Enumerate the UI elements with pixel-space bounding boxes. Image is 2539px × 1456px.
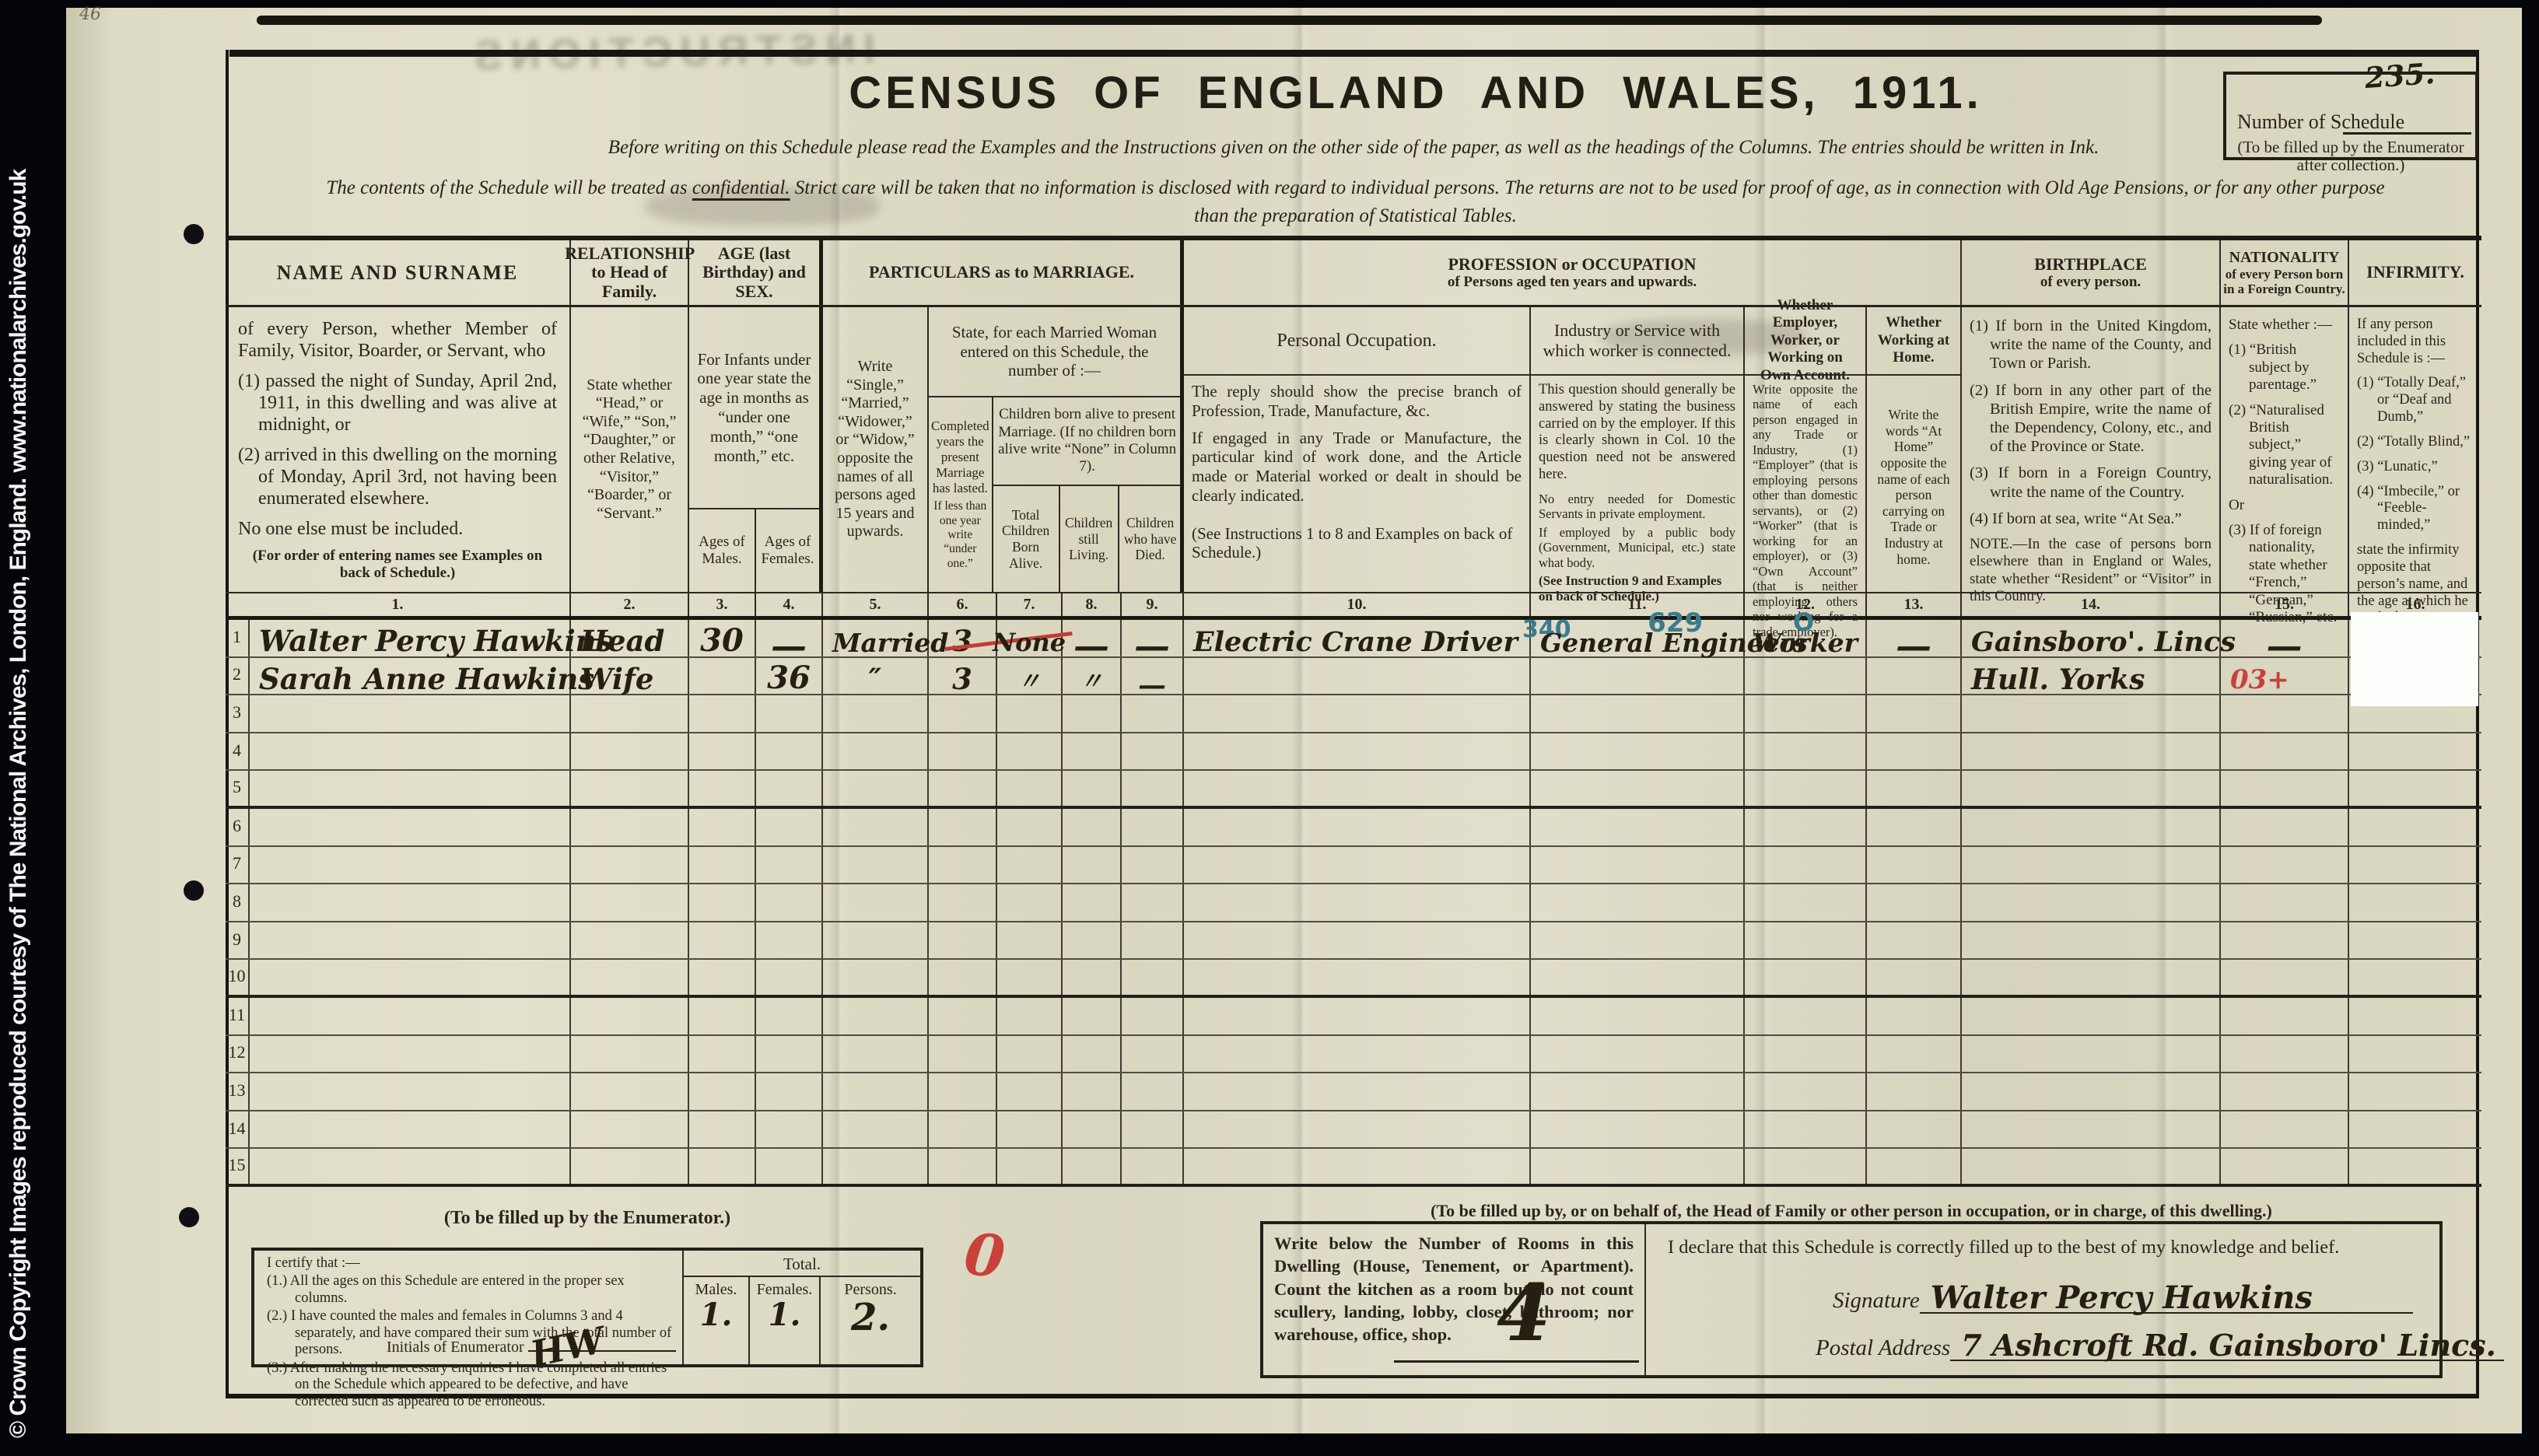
entry-occupation	[1184, 658, 1531, 695]
years-married-label: Completed years the present Marriage has…	[929, 397, 993, 592]
signature-label: Signature	[1833, 1288, 1920, 1314]
entry-years-married: 3	[952, 667, 972, 691]
schedule-number-label: Number of Schedule	[2237, 110, 2404, 134]
confidential-word: confidential.	[692, 177, 790, 198]
table-row: 13	[226, 1073, 2481, 1111]
name-desc-noone: No one else must be included.	[238, 518, 557, 540]
infirmity-i1: (1) “Totally Deaf,” or “Deaf and Dumb,”	[2357, 375, 2474, 425]
industry-title: Industry or Service with which worker is…	[1531, 307, 1743, 376]
entry-children-died: —	[1134, 638, 1170, 654]
table-row: 1 Walter Percy Hawkins Head 30 — Married…	[226, 620, 2481, 658]
enumerator-heading: (To be filled up by the Enumerator.)	[251, 1208, 923, 1229]
col-num-8: 8.	[1063, 593, 1122, 616]
col-married-woman-group: State, for each Married Woman entered on…	[929, 307, 1184, 592]
at-home-title: Whether Working at Home.	[1867, 307, 1960, 376]
group-age: AGE (last Birthday) and SEX.	[689, 240, 823, 305]
row-number: 3	[226, 695, 250, 732]
col-num-7: 7.	[997, 593, 1063, 616]
col-num-13: 13.	[1867, 593, 1962, 616]
name-desc-intro: of every Person, whether Member of Famil…	[238, 318, 557, 362]
col-num-4: 4.	[756, 593, 823, 616]
children-living-label: Children still Living.	[1059, 486, 1118, 592]
occupation-p2: If engaged in any Trade or Manufacture, …	[1192, 429, 1522, 506]
row-number: 1	[226, 620, 250, 656]
table-row: 9	[226, 922, 2481, 961]
employment-title: Whether Employer, Worker, or Working on …	[1745, 307, 1865, 376]
col-num-3: 3.	[689, 593, 756, 616]
hole-punch	[184, 880, 204, 901]
row-number: 5	[226, 771, 250, 806]
table-row: 12	[226, 1036, 2481, 1074]
column-number-strip: 1. 2. 3. 4. 5. 6. 7. 8. 9. 10. 11. 12. 1…	[226, 593, 2481, 620]
married-woman-note: State, for each Married Woman entered on…	[929, 307, 1180, 397]
col-age-desc: For Infants under one year state the age…	[689, 307, 823, 592]
entry-industry	[1531, 658, 1745, 695]
name-desc-note: (For order of entering names see Example…	[238, 548, 557, 583]
entry-age-female: 36	[767, 665, 811, 691]
col-num-5: 5.	[823, 593, 929, 616]
row-number: 7	[226, 847, 250, 884]
rooms-text: Write below the Number of Rooms in this …	[1274, 1234, 1634, 1344]
entry-name: Walter Percy Hawkins	[259, 629, 612, 653]
entry-marriage: ″	[869, 667, 882, 691]
entry-children-living: 〃	[1080, 672, 1103, 692]
postal-address-value: 7 Ashcroft Rd. Gainsboro' Lincs.	[1961, 1328, 2496, 1363]
nationality-or: Or	[2229, 497, 2340, 514]
certify-item3: (3.) After making the necessary enquirie…	[267, 1360, 674, 1410]
col-nationality-desc: State whether :— (1) “British subject by…	[2221, 307, 2349, 592]
certify-intro: I certify that :—	[267, 1255, 674, 1272]
entry-at-home: —	[1896, 638, 1931, 654]
table-row: 11	[226, 998, 2481, 1036]
entry-nationality: —	[2267, 638, 2303, 654]
row-number: 11	[226, 998, 250, 1034]
signature-value: Walter Percy Hawkins	[1931, 1279, 2313, 1316]
entry-age-male: 30	[700, 628, 744, 654]
entry-relationship: Head	[580, 629, 664, 653]
infirmity-i2: (2) “Totally Blind,”	[2357, 434, 2474, 451]
entry-industry-code: 629	[1648, 607, 1703, 639]
entry-birthplace: Hull. Yorks	[1971, 668, 2145, 692]
schedule-note-line2: after collection.)	[2226, 156, 2475, 174]
children-born-note: Children born alive to present Marriage.…	[993, 397, 1182, 486]
table-row: 15	[226, 1149, 2481, 1187]
pencil-corner-mark: 46	[79, 5, 101, 24]
group-nationality: NATIONALITY of every Person born in a Fo…	[2221, 240, 2349, 305]
census-schedule-scan: © Crown Copyright Images reproduced cour…	[0, 0, 2539, 1456]
form-top-border	[229, 50, 2479, 57]
entry-occupation: Electric Crane Driver	[1193, 631, 1518, 654]
name-desc-item1: (1) passed the night of Sunday, April 2n…	[238, 370, 557, 436]
household-heading: (To be filled up by, or on behalf of, th…	[1260, 1201, 2443, 1221]
infirmity-i3: (3) “Lunatic,”	[2357, 459, 2474, 476]
confidential-post: Strict care will be taken that no inform…	[790, 177, 2385, 198]
children-died-label: Children who have Died.	[1118, 486, 1182, 592]
nationality-i1: (1) “British subject by parentage.”	[2229, 341, 2340, 394]
table-row: 2 Sarah Anne Hawkins Wife 36 ″ 3 〃 〃 — H…	[226, 658, 2481, 696]
occupation-p3: (See Instructions 1 to 8 and Examples on…	[1192, 524, 1522, 563]
declaration-text: I declare that this Schedule is correctl…	[1668, 1237, 2439, 1258]
col-birthplace-desc: (1) If born in the United Kingdom, write…	[1962, 307, 2221, 592]
entry-relationship: Wife	[580, 667, 653, 691]
entry-children-died: —	[1138, 679, 1166, 691]
form-title: CENSUS OF ENGLAND AND WALES, 1911.	[786, 67, 2046, 119]
col-num-15: 15.	[2221, 593, 2349, 616]
group-birthplace: BIRTHPLACE of every person.	[1962, 240, 2221, 305]
entry-age-male	[689, 658, 756, 695]
rooms-value: 4	[1497, 1280, 1551, 1346]
total-children-label: Total Children Born Alive.	[993, 486, 1059, 592]
household-box: Write below the Number of Rooms in this …	[1260, 1221, 2443, 1378]
row-number: 13	[226, 1073, 250, 1110]
red-check-mark: 0	[961, 1221, 1008, 1292]
hole-punch	[179, 1207, 199, 1227]
row-number: 4	[226, 733, 250, 770]
col-num-6: 6.	[929, 593, 997, 616]
entry-children-born: 〃	[1017, 672, 1041, 692]
totals-females: Females. 1.	[750, 1277, 821, 1364]
totals-title: Total.	[684, 1251, 920, 1277]
col-num-11: 11.	[1531, 593, 1745, 616]
col-num-1: 1.	[226, 593, 571, 616]
copyright-sidebar: © Crown Copyright Images reproduced cour…	[5, 7, 41, 1438]
enumerator-certification: I certify that :— (1.) All the ages on t…	[254, 1251, 684, 1364]
col-relationship-desc: State whether “Head,” or “Wife,” “Son,” …	[571, 307, 689, 592]
totals-males: Males. 1.	[684, 1277, 750, 1364]
row-number: 2	[226, 658, 250, 695]
col-at-home-desc: Whether Working at Home. Write the words…	[1867, 307, 1962, 592]
nationality-i2: (2) “Naturalised British subject,” givin…	[2229, 402, 2340, 489]
entry-age-female: —	[771, 638, 807, 654]
enumerator-box: I certify that :— (1.) All the ages on t…	[251, 1248, 923, 1367]
entry-employment-code: O	[1793, 607, 1814, 637]
rooms-line	[1394, 1360, 1639, 1363]
table-row: 7	[226, 847, 2481, 885]
col-num-9: 9.	[1122, 593, 1184, 616]
row-number: 8	[226, 884, 250, 921]
entry-marriage: Married	[832, 632, 948, 654]
table-column-descriptions: of every Person, whether Member of Famil…	[226, 307, 2481, 593]
row-number: 9	[226, 922, 250, 959]
col-marital-condition-desc: Write “Single,” “Married,” “Widower,” or…	[823, 307, 929, 592]
infirmity-i4: (4) “Imbecile,” or “Feeble-minded,”	[2357, 484, 2474, 534]
confidential-pre: The contents of the Schedule will be tre…	[326, 177, 692, 198]
entry-children-born: None	[993, 632, 1066, 653]
group-relationship: RELATIONSHIP to Head of Family.	[571, 240, 689, 305]
table-row: 3	[226, 695, 2481, 733]
col-employment-desc: Whether Employer, Worker, or Working on …	[1745, 307, 1867, 592]
age-note: For Infants under one year state the age…	[689, 307, 819, 508]
schedule-number-line	[2343, 132, 2471, 135]
birthplace-i3: (3) If born in a Foreign Country, write …	[1970, 464, 2212, 501]
entry-years-married: 3	[952, 629, 972, 653]
table-row: 8	[226, 884, 2481, 922]
hole-punch	[184, 224, 204, 244]
col-occupation-desc: Personal Occupation. The reply should sh…	[1184, 307, 1531, 592]
instructions-line: Before writing on this Schedule please r…	[311, 137, 2396, 159]
rooms-cell: Write below the Number of Rooms in this …	[1263, 1224, 1646, 1375]
industry-p1: This question should generally be answer…	[1539, 382, 1735, 484]
row-number: 12	[226, 1036, 250, 1073]
birthplace-i1: (1) If born in the United Kingdom, write…	[1970, 317, 2212, 373]
occupation-p1: The reply should show the precise branch…	[1192, 382, 1522, 421]
at-home-body: Write the words “At Home” opposite the n…	[1875, 407, 1952, 567]
personal-occupation-title: Personal Occupation.	[1184, 307, 1529, 376]
col-num-2: 2.	[571, 593, 689, 616]
entry-birthplace: Gainsboro'. Lincs	[1971, 631, 2236, 654]
table-row: 4	[226, 733, 2481, 772]
birthplace-i4: (4) If born at sea, write “At Sea.”	[1970, 509, 2212, 528]
name-desc-item2: (2) arrived in this dwelling on the morn…	[238, 444, 557, 510]
totals-table: Total. Males. 1. Females. 1. Persons. 2.	[684, 1251, 920, 1364]
col-infirmity-desc: If any person included in this Schedule …	[2349, 307, 2481, 592]
confidential-line: The contents of the Schedule will be tre…	[233, 177, 2478, 199]
declaration-cell: I declare that this Schedule is correctl…	[1646, 1224, 2439, 1375]
initials-label: Initials of Enumerator	[387, 1339, 524, 1356]
birthplace-i2: (2) If born in any other part of the Bri…	[1970, 381, 2212, 457]
entry-children-living: —	[1073, 638, 1109, 654]
group-profession: PROFESSION or OCCUPATION of Persons aged…	[1184, 240, 1962, 305]
group-marriage: PARTICULARS as to MARRIAGE.	[823, 240, 1184, 305]
industry-p2: No entry needed for Domestic Servants in…	[1539, 492, 1735, 522]
col-industry-desc: Industry or Service with which worker is…	[1531, 307, 1745, 592]
census-table: NAME AND SURNAME RELATIONSHIP to Head of…	[226, 236, 2481, 1187]
age-subcolumns: Ages of Males. Ages of Females.	[689, 508, 819, 592]
table-row: 5	[226, 771, 2481, 809]
group-infirmity: INFIRMITY.	[2349, 240, 2481, 305]
table-group-headers: NAME AND SURNAME RELATIONSHIP to Head of…	[226, 236, 2481, 307]
row-number: 6	[226, 809, 250, 845]
totals-persons: Persons. 2.	[821, 1277, 920, 1364]
schedule-number-value: 235.	[2364, 61, 2436, 91]
nationality-intro: State whether :—	[2229, 317, 2340, 334]
table-row: 6	[226, 809, 2481, 847]
confidential-line2: than the preparation of Statistical Tabl…	[233, 205, 2478, 227]
postal-address-label: Postal Address	[1816, 1335, 1950, 1361]
row-number: 14	[226, 1111, 250, 1148]
ages-of-males-label: Ages of Males.	[689, 509, 756, 592]
infirmity-intro: If any person included in this Schedule …	[2357, 317, 2474, 367]
col-name-desc: of every Person, whether Member of Famil…	[226, 307, 571, 592]
entry-name: Sarah Anne Hawkins	[259, 667, 594, 691]
table-row: 10	[226, 960, 2481, 998]
entry-employment	[1745, 658, 1867, 695]
entry-nationality-mark: 03+	[2230, 669, 2289, 691]
ages-of-females-label: Ages of Females.	[756, 509, 819, 592]
certify-item1: (1.) All the ages on this Schedule are e…	[267, 1273, 674, 1307]
table-row: 14	[226, 1111, 2481, 1150]
group-name: NAME AND SURNAME	[226, 240, 571, 305]
col-num-14: 14.	[1962, 593, 2221, 616]
col-num-10: 10.	[1184, 593, 1531, 616]
row-number: 15	[226, 1149, 250, 1184]
industry-p3: If employed by a public body (Government…	[1539, 525, 1735, 570]
redaction-patch	[2351, 612, 2478, 706]
row-number: 10	[226, 960, 250, 995]
